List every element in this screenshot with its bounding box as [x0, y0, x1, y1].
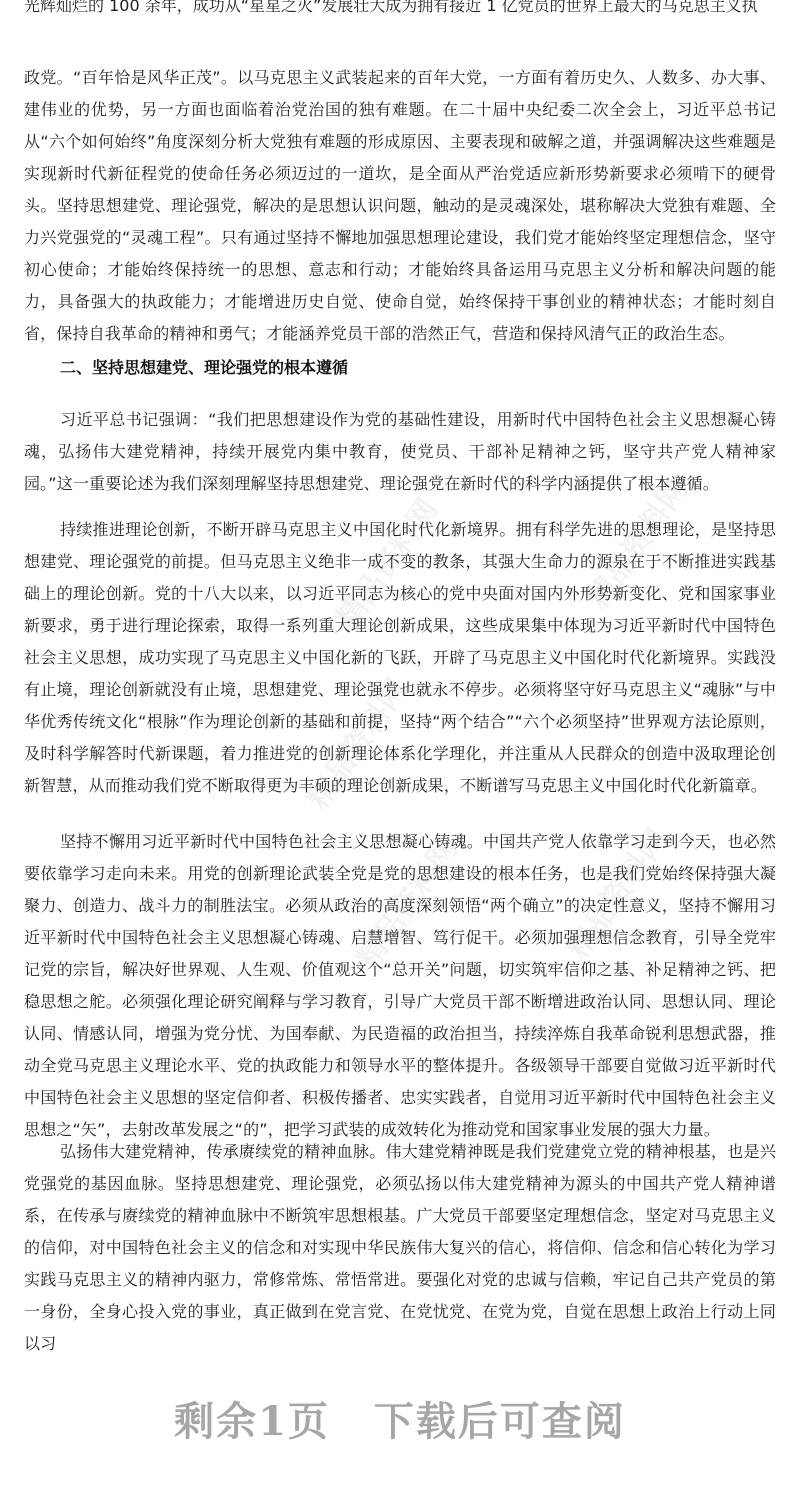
paragraph-4: 坚持不懈用习近平新时代中国特色社会主义思想凝心铸魂。中国共产党人依靠学习走到今天… [24, 826, 776, 1146]
paragraph-2: 习近平总书记强调：“我们把思想建设作为党的基础性建设，用新时代中国特色社会主义思… [24, 404, 776, 500]
paragraph-3: 持续推进理论创新，不断开辟马克思主义中国化时代化新境界。拥有科学先进的思想理论，… [24, 514, 776, 802]
paragraph-fragment-top: 光辉灿烂的 100 余年，成功从“星星之火”发展壮大成为拥有接近 1 亿党员的世… [24, 0, 776, 20]
section-heading: 二、坚持思想建党、理论强党的根本遵循 [60, 354, 348, 382]
download-to-view-label[interactable]: 下载后可查阅 [374, 1392, 626, 1452]
download-prompt-banner[interactable]: 剩余1页下载后可查阅 [0, 1392, 800, 1452]
document-page: 光辉灿烂的 100 余年，成功从“星星之火”发展壮大成为拥有接近 1 亿党员的世… [0, 0, 800, 1501]
paragraph-5: 弘扬伟大建党精神，传承赓续党的精神血脉。伟大建党精神既是我们党建党立党的精神根基… [24, 1136, 776, 1360]
remaining-pages-label: 剩余1页 [174, 1392, 330, 1452]
paragraph-1: 政党。“百年恰是风华正茂”。以马克思主义武装起来的百年大党，一方面有着历史久、人… [24, 62, 776, 350]
